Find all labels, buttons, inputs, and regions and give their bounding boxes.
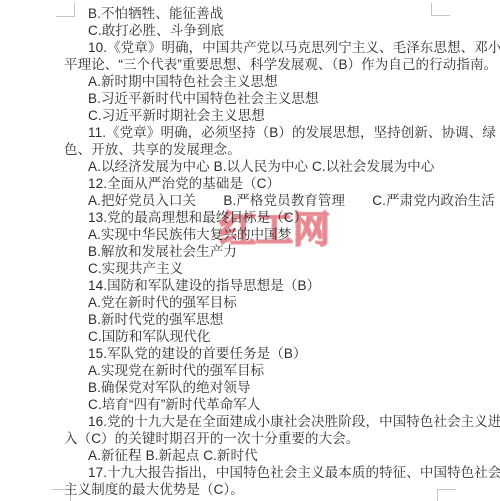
text-line: 16.党的十九大是在全面建成小康社会决胜阶段，中国特色社会主义进 xyxy=(64,413,476,430)
text-line: B.习近平新时代中国特色社会主义思想 xyxy=(64,90,476,107)
text-line: A.实现党在新时代的强军目标 xyxy=(64,362,476,379)
text-line: C.实现共产主义 xyxy=(64,260,476,277)
text-line: 12.全面从严治党的基础是（C） xyxy=(64,175,476,192)
text-line: 色、开放、共享的发展理念。 xyxy=(64,141,476,158)
text-line: A.以经济发展为中心 B.以人民为中心 C.以社会发展为中心 xyxy=(64,158,476,175)
text-line: C.国防和军队现代化 xyxy=(64,328,476,345)
text-line: B.解放和发展社会生产力 xyxy=(64,243,476,260)
text-line: B.确保党对军队的绝对领导 xyxy=(64,379,476,396)
text-line: C.培育“四有”新时代革命军人 xyxy=(64,396,476,413)
text-line: C.习近平新时期社会主义思想 xyxy=(64,107,476,124)
text-line: 17.十九大报告指出，中国特色社会主义最本质的特征、中国特色社会 xyxy=(64,464,476,481)
document-page: 红工网 B.不怕牺牲、能征善战C.敢打必胜、斗争到底10.《党章》明确，中国共产… xyxy=(0,0,500,501)
text-line: 13.党的最高理想和最终目标是（C） xyxy=(64,209,476,226)
text-line: 14.国防和军队建设的指导思想是（B） xyxy=(64,277,476,294)
text-line: A.实现中华民族伟大复兴的中国梦 xyxy=(64,226,476,243)
text-line: 10.《党章》明确，中国共产党以马克思列宁主义、毛泽东思想、邓小 xyxy=(64,39,476,56)
text-line: A.新征程 B.新起点 C.新时代 xyxy=(64,447,476,464)
text-line: 主义制度的最大优势是（C）。 xyxy=(64,481,476,498)
text-line: A.新时期中国特色社会主义思想 xyxy=(64,73,476,90)
text-line: B.新时代党的强军思想 xyxy=(64,311,476,328)
text-area: B.不怕牺牲、能征善战C.敢打必胜、斗争到底10.《党章》明确，中国共产党以马克… xyxy=(64,5,476,498)
text-line: 15.军队党的建设的首要任务是（B） xyxy=(64,345,476,362)
text-line: 11.《党章》明确，必须坚持（B）的发展思想，坚持创新、协调、绿 xyxy=(64,124,476,141)
text-line: B.不怕牺牲、能征善战 xyxy=(64,5,476,22)
text-line: 入（C）的关键时期召开的一次十分重要的大会。 xyxy=(64,430,476,447)
text-line: 平理论、“三个代表”重要思想、科学发展观、（B）作为自己的行动指南。 xyxy=(64,56,476,73)
text-line: C.敢打必胜、斗争到底 xyxy=(64,22,476,39)
text-line: A.党在新时代的强军目标 xyxy=(64,294,476,311)
text-line: A.把好党员入口关 B.严格党员教育管理 C.严肃党内政治生活 xyxy=(64,192,476,209)
